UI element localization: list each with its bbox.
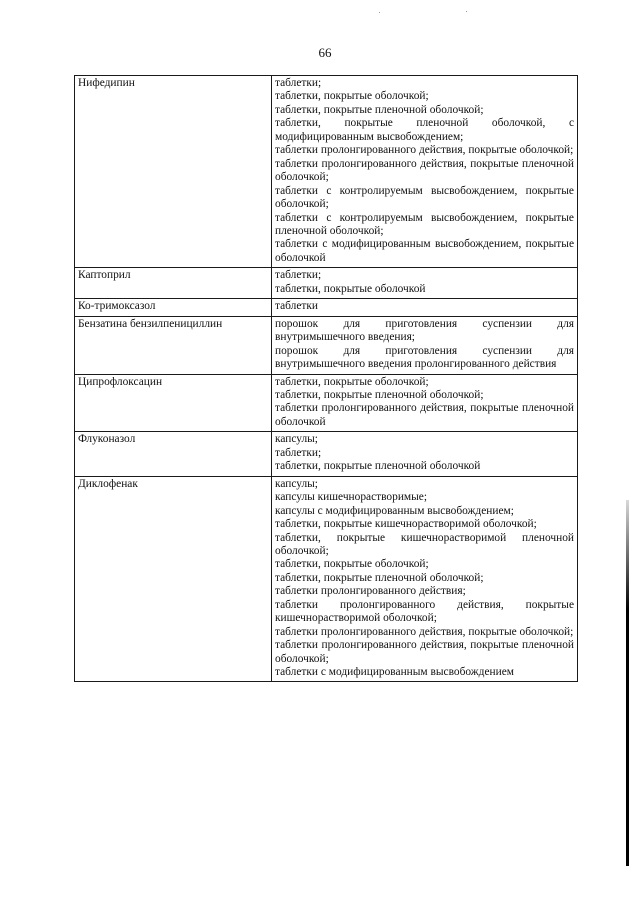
dosage-form: таблетки, покрытые оболочкой; <box>275 376 574 389</box>
drug-name-cell: Бензатина бензилпенициллин <box>75 316 272 374</box>
dosage-form: таблетки с модифицированным высвобождени… <box>275 666 574 679</box>
scan-speck <box>379 12 380 13</box>
table-row: Каптоприл таблетки;таблетки, покрытые об… <box>75 268 578 299</box>
drug-name-cell: Диклофенак <box>75 476 272 682</box>
dosage-form: таблетки, покрытые пленочной оболочкой; <box>275 389 574 402</box>
dosage-form: таблетки, покрытые оболочкой; <box>275 90 574 103</box>
dosage-form: таблетки пролонгированного действия, пок… <box>275 402 574 429</box>
dosage-form: таблетки с контролируемым высвобождением… <box>275 212 574 239</box>
dosage-form: таблетки; <box>275 269 574 282</box>
scan-artifact-line <box>626 500 629 866</box>
table-row: Ципрофлоксацин таблетки, покрытые оболоч… <box>75 374 578 432</box>
dosage-form: таблетки; <box>275 77 574 90</box>
drug-name: Бензатина бензилпенициллин <box>78 318 222 330</box>
dosage-forms-cell: таблетки, покрытые оболочкой;таблетки, п… <box>272 374 578 432</box>
drug-name-cell: Ципрофлоксацин <box>75 374 272 432</box>
dosage-form: таблетки пролонгированного действия, пок… <box>275 639 574 666</box>
dosage-form: таблетки пролонгированного действия, пок… <box>275 626 574 639</box>
table-row: Бензатина бензилпенициллин порошок для п… <box>75 316 578 374</box>
dosage-form: таблетки <box>275 300 574 313</box>
drug-name: Флуконазол <box>78 433 135 445</box>
dosage-form: таблетки, покрытые оболочкой; <box>275 558 574 571</box>
dosage-forms-cell: порошок для приготовления суспензии для … <box>272 316 578 374</box>
table-row: Ко-тримоксазол таблетки <box>75 299 578 316</box>
dosage-form: таблетки, покрытые пленочной оболочкой; <box>275 572 574 585</box>
drug-name: Нифедипин <box>78 77 135 89</box>
dosage-form: таблетки пролонгированного действия, пок… <box>275 158 574 185</box>
drug-name: Диклофенак <box>78 478 138 490</box>
drug-name-cell: Каптоприл <box>75 268 272 299</box>
dosage-forms-cell: капсулы;капсулы кишечнорастворимые;капсу… <box>272 476 578 682</box>
dosage-forms-cell: таблетки;таблетки, покрытые оболочкой;та… <box>272 76 578 268</box>
table-row: Нифедипин таблетки;таблетки, покрытые об… <box>75 76 578 268</box>
drug-name-cell: Ко-тримоксазол <box>75 299 272 316</box>
dosage-form: капсулы; <box>275 433 574 446</box>
dosage-form: таблетки пролонгированного действия; <box>275 585 574 598</box>
drug-name-cell: Нифедипин <box>75 76 272 268</box>
table-body: Нифедипин таблетки;таблетки, покрытые об… <box>75 76 578 682</box>
drug-name-cell: Флуконазол <box>75 432 272 476</box>
dosage-forms-cell: таблетки;таблетки, покрытые оболочкой <box>272 268 578 299</box>
dosage-forms-cell: капсулы;таблетки;таблетки, покрытые плен… <box>272 432 578 476</box>
dosage-form: таблетки пролонгированного действия, пок… <box>275 144 574 157</box>
dosage-form: таблетки с контролируемым высвобождением… <box>275 185 574 212</box>
dosage-form: таблетки, покрытые пленочной оболочкой; <box>275 104 574 117</box>
dosage-form: таблетки, покрытые кишечнорастворимой об… <box>275 518 574 531</box>
drug-name: Ко-тримоксазол <box>78 300 156 312</box>
table-row: Диклофенак капсулы;капсулы кишечнораство… <box>75 476 578 682</box>
dosage-form: таблетки, покрытые оболочкой <box>275 283 574 296</box>
dosage-form: капсулы кишечнорастворимые; <box>275 491 574 504</box>
dosage-form: таблетки, покрытые пленочной оболочкой, … <box>275 117 574 144</box>
dosage-form: порошок для приготовления суспензии для … <box>275 318 574 345</box>
dosage-form: капсулы; <box>275 478 574 491</box>
page-number: 66 <box>0 45 640 61</box>
drug-forms-table: Нифедипин таблетки;таблетки, покрытые об… <box>74 75 578 682</box>
dosage-form: таблетки, покрытые кишечнорастворимой пл… <box>275 532 574 559</box>
drug-name: Ципрофлоксацин <box>78 376 162 388</box>
drug-name: Каптоприл <box>78 269 131 281</box>
table-row: Флуконазол капсулы;таблетки;таблетки, по… <box>75 432 578 476</box>
dosage-form: таблетки; <box>275 447 574 460</box>
dosage-form: таблетки, покрытые пленочной оболочкой <box>275 460 574 473</box>
dosage-form: капсулы с модифицированным высвобождение… <box>275 505 574 518</box>
dosage-form: таблетки с модифицированным высвобождени… <box>275 238 574 265</box>
scan-speck <box>466 11 467 12</box>
dosage-forms-cell: таблетки <box>272 299 578 316</box>
dosage-form: таблетки пролонгированного действия, пок… <box>275 599 574 626</box>
dosage-form: порошок для приготовления суспензии для … <box>275 345 574 372</box>
